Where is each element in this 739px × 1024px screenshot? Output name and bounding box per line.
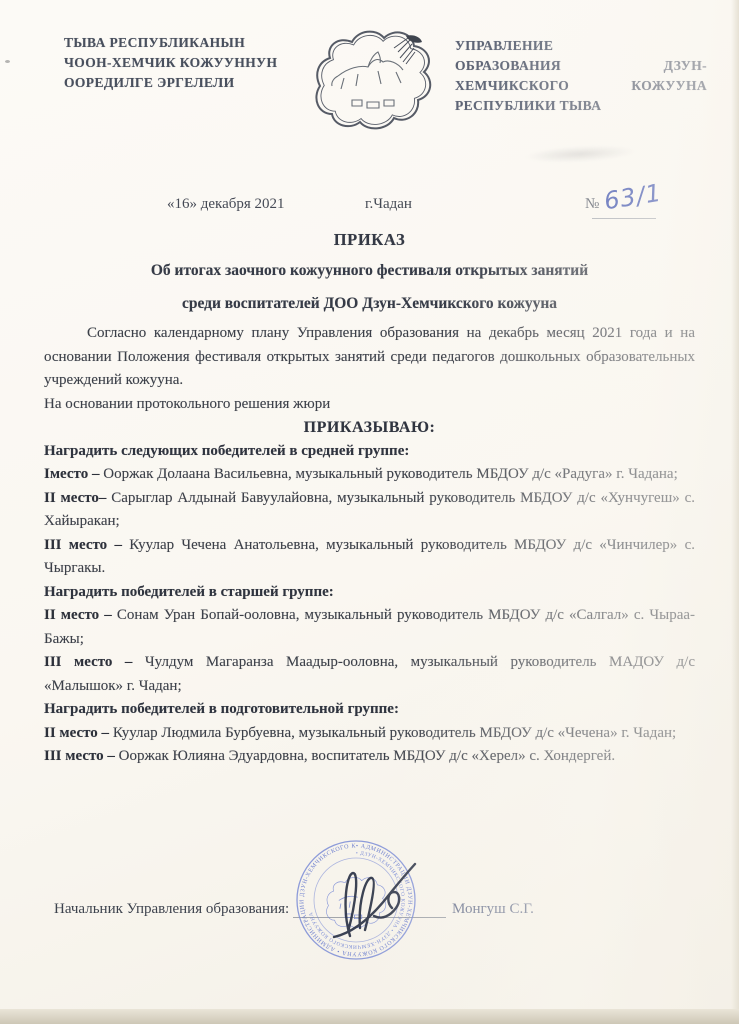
scan-speck	[5, 60, 10, 63]
doc-title: ПРИКАЗ	[44, 230, 695, 250]
award-entry: III место – Куулар Чечена Анатольевна, м…	[44, 534, 695, 581]
doc-number-handwritten: 63/1	[602, 179, 664, 216]
section-heading-middle-group: Наградить следующих победителей в средне…	[44, 440, 695, 464]
sun-rays	[394, 35, 422, 64]
org-name-tuvan-line: ТЫВА РЕСПУБЛИКАНЫН	[64, 33, 277, 53]
award-text: Чулдум Магаранза Маадыр-ооловна, музыкал…	[44, 654, 695, 694]
award-place: II место –	[44, 725, 109, 741]
org-name-tuvan-line: ООРЕДИЛГЕ ЭРГЕЛЕЛИ	[64, 73, 277, 93]
tyva-emblem-logo	[310, 26, 438, 139]
award-place: III место –	[44, 748, 115, 764]
basis-paragraph: На основании протокольного решения жюри	[44, 393, 695, 417]
award-entry: II место– Сарыглар Алдынай Бавуулайовна,…	[44, 487, 695, 534]
doc-place: г.Чадан	[365, 196, 412, 213]
signer-name: Монгуш С.Г.	[452, 901, 534, 918]
org-name-russian: УПРАВЛЕНИЕ ОБРАЗОВАНИЯ ДЗУН- ХЕМЧИКСКОГО…	[455, 36, 707, 116]
scan-smudge	[525, 143, 638, 165]
award-text: Куулар Чечена Анатольевна, музыкальный р…	[44, 537, 695, 577]
intro-paragraph: Согласно календарному плану Управления о…	[44, 322, 695, 393]
award-place: III место –	[44, 537, 122, 553]
doc-number-label: №	[585, 196, 599, 213]
award-entry: Iместо – Ооржак Долаана Васильевна, музы…	[44, 463, 695, 487]
award-text: Ооржак Юлияна Эдуардовна, воспитатель МБ…	[119, 748, 615, 764]
org-name-russian-line: ХЕМЧИКСКОГО КОЖУУНА	[455, 76, 707, 96]
org-name-russian-line: УПРАВЛЕНИЕ	[455, 36, 707, 56]
doc-date: «16» декабря 2021	[167, 196, 285, 213]
doc-subject-line1: Об итогах заочного кожуунного фестиваля …	[44, 262, 695, 280]
doc-subject-line2: среди воспитателей ДОО Дзун-Хемчикского …	[44, 295, 695, 313]
award-entry: III место – Ооржак Юлияна Эдуардовна, во…	[44, 745, 695, 769]
award-place: Iместо –	[44, 466, 99, 482]
award-text: Куулар Людмила Бурбуевна, музыкальный ру…	[113, 725, 676, 741]
org-name-russian-line: РЕСПУБЛИКИ ТЫВА	[455, 96, 707, 116]
horse-rider-drawing	[332, 52, 403, 108]
award-place: III место –	[44, 654, 132, 670]
org-name-tuvan: ТЫВА РЕСПУБЛИКАНЫН ЧООН-ХЕМЧИК КОЖУУННУН…	[64, 33, 277, 93]
signer-title: Начальник Управления образования:	[54, 901, 289, 918]
org-name-tuvan-line: ЧООН-ХЕМЧИК КОЖУУННУН	[64, 53, 277, 73]
award-text: Сонам Уран Бопай-ооловна, музыкальный ру…	[44, 607, 695, 647]
handwritten-signature	[316, 840, 431, 960]
award-entry: III место – Чулдум Магаранза Маадыр-ооло…	[44, 651, 695, 698]
award-place: II место–	[44, 490, 106, 506]
award-place: II место –	[44, 607, 112, 623]
award-entry: II место – Куулар Людмила Бурбуевна, муз…	[44, 722, 695, 746]
doc-number-underline	[592, 218, 656, 219]
award-text: Ооржак Долаана Васильевна, музыкальный р…	[103, 466, 678, 482]
org-name-russian-line: ОБРАЗОВАНИЯ ДЗУН-	[455, 56, 707, 76]
order-word: ПРИКАЗЫВАЮ:	[44, 416, 695, 440]
section-heading-senior-group: Наградить победителей в старшей группе:	[44, 581, 695, 605]
signature-icon	[316, 840, 431, 955]
award-text: Сарыглар Алдынай Бавуулайовна, музыкальн…	[44, 490, 695, 530]
award-entry: II место – Сонам Уран Бопай-ооловна, муз…	[44, 604, 695, 651]
document-page: ТЫВА РЕСПУБЛИКАНЫН ЧООН-ХЕМЧИК КОЖУУННУН…	[0, 0, 739, 1024]
cloud-emblem-icon	[310, 26, 438, 134]
scan-edge-right	[731, 0, 739, 1024]
section-heading-preparatory-group: Наградить победителей в подготовительной…	[44, 698, 695, 722]
doc-body: Согласно календарному плану Управления о…	[44, 322, 695, 769]
scan-edge-bottom	[0, 1009, 739, 1024]
